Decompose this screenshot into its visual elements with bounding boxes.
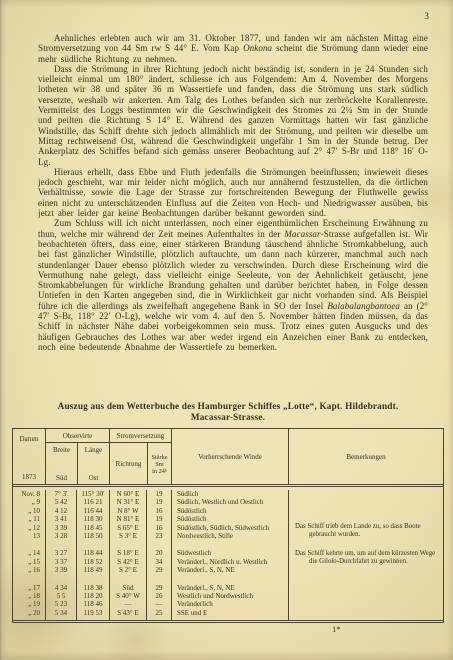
column-richtung: N 60° EN 31° EN 8° WN 81° ES 65° ES 3° E… (109, 490, 146, 620)
header-richtung-label: Richtung (116, 460, 142, 468)
table-cell-wind: Südöstlich, Südlich, Südwestlich (172, 524, 288, 532)
table-cell-wind: Veränderlich (172, 600, 288, 608)
table-cell-wind: Westlich und Nordwestlich (172, 592, 288, 600)
header-breite: Breite Süd (46, 443, 77, 484)
header-group-stromversetzung: Stromversetzung Richtung Stärke Sm in 24… (109, 429, 171, 484)
table-cell-staerke: 19 (147, 490, 171, 498)
table-body: Nov. 8„ 9„ 10„ 11„ 1213„ 14„ 15„ 16„ 17„… (13, 487, 443, 623)
table-cell-staerke: 19 (147, 515, 171, 523)
table-cell-laenge: 118 50 (77, 532, 109, 540)
table-cell-wind: Veränderl., Nördlich u. Westlich (172, 558, 288, 566)
paragraph-2: Dass die Strömung in ihrer Richtung jedo… (38, 64, 428, 167)
table-cell-laenge: 118 30 (77, 515, 109, 523)
table-cell-breite: 7° 3′ (46, 490, 76, 498)
table-cell-date: „ 14 (13, 549, 45, 557)
paragraph-4: Zum Schluss will ich nicht unterlassen, … (38, 218, 428, 352)
header-stromversetzung-label: Stromversetzung (110, 429, 171, 443)
table-cell-wind: Südöstlich (172, 507, 288, 515)
table-cell-wind: SSE und E (172, 609, 288, 617)
remark-boats: Das Schiff trieb dem Lande zu, so dass B… (295, 523, 439, 539)
column-laenge: 115° 30′116 21116 44118 30118 45118 5011… (76, 490, 109, 620)
table-cell-date: „ 9 (13, 498, 45, 506)
header-laenge-label: Länge (85, 446, 103, 454)
table-cell-wind: Südlich, Westlich und Oestlich (172, 498, 288, 506)
table-cell-wind: Veränderl., S, N, NE (172, 584, 288, 592)
header-datum: Datum 1873 (13, 429, 45, 484)
table-cell-date: „ 19 (13, 600, 45, 608)
table-cell-richtung: S 3° E (110, 532, 146, 540)
table-cell-laenge: 118 46 (77, 600, 109, 608)
table-cell-richtung: — (110, 600, 146, 608)
table-cell-laenge: 119 53 (77, 609, 109, 617)
header-year: 1873 (22, 473, 36, 481)
table-cell-breite: 3 39 (46, 524, 76, 532)
table-caption-line-2: Macassar-Strasse. (12, 412, 444, 423)
table-cell-richtung: S 42° E (110, 558, 146, 566)
table-cell-breite: 5 5 (46, 592, 76, 600)
table-cell-laenge: 118 20 (77, 592, 109, 600)
table-cell-date: „ 12 (13, 524, 45, 532)
column-staerke: 1919161916232034292926—25 (146, 490, 171, 620)
table-cell-date: „ 15 (13, 558, 45, 566)
table-cell-breite: 3 41 (46, 515, 76, 523)
table-cell-date: „ 17 (13, 584, 45, 592)
table-cell-richtung: S 65° E (110, 524, 146, 532)
table-cell-date: „ 10 (13, 507, 45, 515)
table-cell-breite: 3 39 (46, 566, 76, 574)
table-cell-wind: Südlich (172, 490, 288, 498)
header-observirte-label: Observirte (46, 429, 109, 443)
signature-mark: 1* (332, 624, 341, 634)
table-cell-breite: 4 34 (46, 584, 76, 592)
header-richtung: Richtung (110, 443, 147, 484)
header-staerke-label: Stärke (151, 454, 167, 461)
table-cell-staerke: 34 (147, 558, 171, 566)
column-bemerkungen: Das Schiff trieb dem Lande zu, so dass B… (288, 490, 443, 620)
header-breite-label: Breite (53, 446, 70, 454)
table-cell-staerke: 16 (147, 524, 171, 532)
column-winde: SüdlichSüdlich, Westlich und OestlichSüd… (171, 490, 288, 620)
table-cell-breite: 4 12 (46, 507, 76, 515)
table-cell-richtung: N 81° E (110, 515, 146, 523)
table-cell-staerke: — (147, 600, 171, 608)
table-cell-breite: 5 42 (46, 498, 76, 506)
table-cell-staerke: 29 (147, 584, 171, 592)
table-cell-date: 13 (13, 532, 45, 540)
page-number: 3 (424, 12, 429, 22)
table-cell-staerke: 29 (147, 566, 171, 574)
header-datum-label: Datum (19, 435, 38, 443)
table-cell-wind: Südöstlich (172, 515, 288, 523)
table-cell-laenge: 118 45 (77, 524, 109, 532)
table-cell-richtung: N 31° E (110, 498, 146, 506)
table-header: Datum 1873 Observirte Breite Süd Länge O… (13, 429, 443, 487)
remark-gilolo: Das Schiff kehrte um, um auf dem kürzest… (295, 550, 439, 566)
header-winde: Vorherrschende Winde (171, 429, 288, 484)
table-cell-richtung: S 43° E (110, 609, 146, 617)
table-cell-breite: 5 23 (46, 600, 76, 608)
table-cell-staerke: 20 (147, 549, 171, 557)
header-ost-label: Ost (89, 474, 99, 482)
table-cell-staerke: 19 (147, 498, 171, 506)
table-cell-date: „ 18 (13, 592, 45, 600)
table-caption: Auszug aus dem Wetterbuche des Hamburger… (12, 401, 444, 422)
table-cell-staerke: 26 (147, 592, 171, 600)
paragraph-3: Hieraus erhellt, dass Ebbe und Fluth jed… (38, 167, 428, 218)
table-cell-date: „ 20 (13, 609, 45, 617)
table-cell-date: „ 16 (13, 566, 45, 574)
header-staerke: Stärke Sm in 24ʰ (147, 443, 171, 484)
table-cell-richtung: S 40° W (110, 592, 146, 600)
table-cell-richtung: N 60° E (110, 490, 146, 498)
table-cell-laenge: 116 21 (77, 498, 109, 506)
table-cell-staerke: 16 (147, 507, 171, 515)
table-cell-richtung: S 2° E (110, 566, 146, 574)
table-cell-laenge: 118 44 (77, 549, 109, 557)
table-cell-wind: Veränderl., S, N, NE (172, 566, 288, 574)
table-cell-laenge: 118 52 (77, 558, 109, 566)
table-cell-richtung: S 18° E (110, 549, 146, 557)
table-cell-breite: 3 37 (46, 558, 76, 566)
table-cell-laenge: 118 38 (77, 584, 109, 592)
table-cell-laenge: 118 49 (77, 566, 109, 574)
table-cell-wind: Südwestlich (172, 549, 288, 557)
header-bemerkungen: Bemerkungen (288, 429, 443, 484)
column-datum: Nov. 8„ 9„ 10„ 11„ 1213„ 14„ 15„ 16„ 17„… (13, 490, 45, 620)
header-staerke-unit: Sm (155, 461, 163, 468)
table-cell-breite: 3 27 (46, 549, 76, 557)
table-cell-wind: Nordwestlich, Stille (172, 532, 288, 540)
table-cell-date: Nov. 8 (13, 490, 45, 498)
header-laenge: Länge Ost (77, 443, 109, 484)
table-cell-staerke: 23 (147, 532, 171, 540)
table-cell-breite: 3 28 (46, 532, 76, 540)
table-cell-date: „ 11 (13, 515, 45, 523)
table-cell-richtung: Süd (110, 584, 146, 592)
body-text: Aehnliches erlebten auch wir am 31. Okto… (38, 33, 428, 399)
paragraph-1: Aehnliches erlebten auch wir am 31. Okto… (38, 33, 428, 64)
table-cell-staerke: 25 (147, 609, 171, 617)
book-page: 3 Aehnliches erlebten auch wir am 31. Ok… (0, 0, 453, 660)
column-breite: 7° 3′5 424 123 413 393 283 273 373 394 3… (45, 490, 76, 620)
table-cell-richtung: N 8° W (110, 507, 146, 515)
table-cell-breite: 5 34 (46, 609, 76, 617)
table-cell-laenge: 116 44 (77, 507, 109, 515)
table-cell-laenge: 115° 30′ (77, 490, 109, 498)
table-caption-line-1: Auszug aus dem Wetterbuche des Hamburger… (12, 401, 444, 412)
header-group-observirte: Observirte Breite Süd Länge Ost (45, 429, 109, 484)
weather-table: Datum 1873 Observirte Breite Süd Länge O… (12, 428, 444, 623)
header-sued-label: Süd (56, 474, 67, 482)
header-staerke-period: in 24ʰ (152, 468, 167, 475)
